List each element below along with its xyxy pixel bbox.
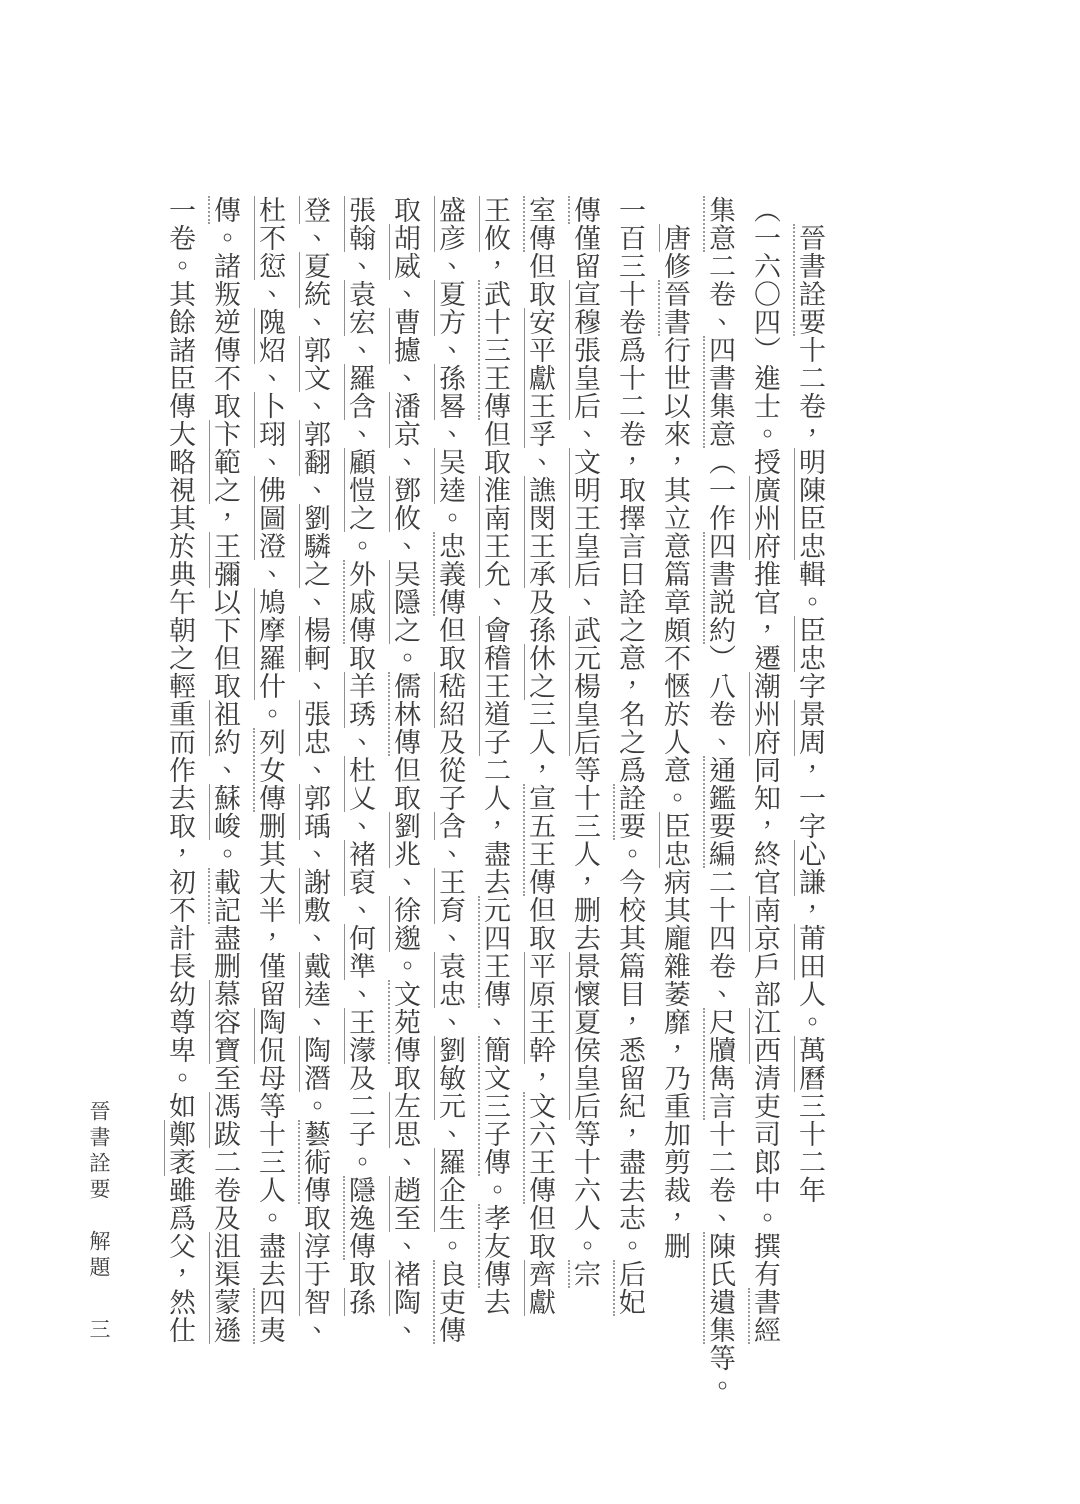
plain-text: 等。 <box>705 1344 735 1400</box>
proper-name-marked-text: 王攸 <box>479 196 510 252</box>
proper-name-marked-text: 江西 <box>749 1008 780 1064</box>
text-column: 盛彦、夏方、孫晷、吴逵。忠義傳但取嵇紹及從子含、王育、袁忠、劉敏元、羅企生。良吏… <box>427 196 472 1411</box>
plain-text: 、 <box>435 1120 465 1148</box>
proper-name-marked-text: 吴逵 <box>434 448 465 504</box>
proper-name-marked-text: 張翰 <box>344 196 375 252</box>
proper-name-marked-text: 謝敷 <box>299 868 330 924</box>
proper-name-marked-text: 文明王皇后 <box>569 448 600 588</box>
book-title-marked-text: 儒林傳 <box>388 672 420 756</box>
text-column: 杜不愆、隗炤、卜珝、佛圖澄、鳩摩羅什。列女傳删其大半，僅留陶侃母等十三人。盡去四… <box>247 196 292 1411</box>
book-title-marked-text: 四書集意 <box>703 336 735 448</box>
plain-text: 。 <box>480 1176 510 1204</box>
plain-text: 。 <box>210 840 240 868</box>
plain-text: 取 <box>390 196 420 224</box>
plain-text: 同知，終官 <box>750 756 780 896</box>
book-title-marked-text: 隱逸傳 <box>343 1176 375 1260</box>
plain-text: 一百三十卷爲十二卷，取擇言曰詮之意，名之爲 <box>615 196 645 784</box>
text-column: 集意二卷、四書集意（一作四書説約）八卷、通鑑要編二十四卷、尺牘雋言十二卷、陳氏遺… <box>697 196 742 1411</box>
plain-text: 、 <box>480 1008 510 1036</box>
plain-text: ， <box>525 1064 555 1092</box>
plain-text: 但取 <box>390 756 420 812</box>
plain-text: 、 <box>435 840 465 868</box>
plain-text: 、 <box>345 420 375 448</box>
plain-text: 人。 <box>795 980 825 1036</box>
book-title-marked-text: 通鑑要編 <box>703 756 735 868</box>
proper-name-marked-text: 陳臣忠 <box>794 476 825 560</box>
proper-name-marked-text: 王育 <box>434 868 465 924</box>
proper-name-marked-text: 潘京 <box>389 392 420 448</box>
book-title-marked-text: 傳 <box>208 196 240 224</box>
proper-name-marked-text: 盛彦 <box>434 196 465 252</box>
book-title-marked-text: 尺牘雋言 <box>703 1008 735 1120</box>
plain-text: 但取 <box>525 252 555 308</box>
text-column: 傳。諸叛逆傳不取卞範之，王彌以下但取祖約、蘇峻。載記盡删慕容寶至馮跋二卷及沮渠蒙… <box>202 196 247 1411</box>
proper-name-marked-text: 杜乂 <box>344 756 375 812</box>
plain-text: 、 <box>345 896 375 924</box>
proper-name-marked-text: 郭瑀 <box>299 784 330 840</box>
plain-text: 修 <box>660 252 690 280</box>
proper-name-marked-text: 鄧攸 <box>389 476 420 532</box>
plain-text: 三十二年 <box>795 1092 825 1204</box>
book-title-marked-text: 詮要 <box>613 784 645 840</box>
plain-text: 、 <box>255 364 285 392</box>
plain-text: 清吏司郎中。撰有 <box>750 1064 780 1288</box>
plain-text: ，一字 <box>795 756 825 840</box>
plain-text: 、 <box>300 224 330 252</box>
plain-text: 、 <box>300 672 330 700</box>
proper-name-marked-text: 王濛 <box>344 1008 375 1064</box>
proper-name-marked-text: 袁宏 <box>344 280 375 336</box>
book-title-marked-text: 晉書詮要 <box>793 224 825 336</box>
plain-text: 但取 <box>525 896 555 952</box>
proper-name-marked-text: 卜珝 <box>254 392 285 448</box>
text-block: 晉書詮要十二卷，明陳臣忠輯。臣忠字景周，一字心謙，莆田人。萬曆三十二年（一六〇四… <box>157 196 832 1411</box>
plain-text: 、 <box>300 840 330 868</box>
proper-name-marked-text: 鄭袤 <box>164 1120 195 1176</box>
proper-name-marked-text: 褚裒 <box>344 840 375 896</box>
proper-name-marked-text: 袁忠 <box>434 952 465 1008</box>
book-title-marked-text: 良吏傳 <box>433 1260 465 1344</box>
proper-name-marked-text: 孫 <box>344 1288 375 1316</box>
proper-name-marked-text: 羊琇 <box>344 672 375 728</box>
plain-text: 、 <box>300 756 330 784</box>
plain-text: 二卷及 <box>210 1148 240 1232</box>
proper-name-marked-text: 曹攄 <box>389 308 420 364</box>
proper-name-marked-text: 顧愷之 <box>344 448 375 532</box>
proper-name-marked-text: 潮州府 <box>749 672 780 756</box>
plain-text: 、 <box>435 420 465 448</box>
proper-name-marked-text: 徐邈 <box>389 896 420 952</box>
plain-text: 等十六人。 <box>570 1120 600 1260</box>
plain-text: 母等十三人。盡去 <box>255 1064 285 1288</box>
proper-name-marked-text: 登 <box>299 196 330 224</box>
text-column: 王攸，武十三王傳但取淮南王允、會稽王道子二人，盡去元四王傳、簡文三子傳。孝友傳去 <box>472 196 517 1411</box>
plain-text: 、 <box>255 280 285 308</box>
proper-name-marked-text: 唐 <box>659 224 690 252</box>
plain-text: 取 <box>390 1064 420 1092</box>
plain-text: 等十三人，删去 <box>570 756 600 952</box>
book-title-marked-text: 元四王傳 <box>478 896 510 1008</box>
plain-text: 、 <box>390 364 420 392</box>
proper-name-marked-text: 隗炤 <box>254 308 285 364</box>
plain-text: 去 <box>480 1288 510 1316</box>
plain-text: 、 <box>435 924 465 952</box>
proper-name-marked-text: 萬曆 <box>794 1036 825 1092</box>
proper-name-marked-text: 宣穆張皇后 <box>569 280 600 420</box>
proper-name-marked-text: 劉驎之 <box>299 504 330 588</box>
plain-text: 删其大半，僅留 <box>255 812 285 1008</box>
proper-name-marked-text: 心謙 <box>794 840 825 896</box>
plain-text: 。諸叛逆傳不取 <box>210 224 240 420</box>
book-title-marked-text: 陳氏遺集 <box>703 1232 735 1344</box>
plain-text: ）八卷、 <box>705 644 735 756</box>
book-title-marked-text: 四書説約 <box>703 532 735 644</box>
plain-text: 。 <box>390 644 420 672</box>
plain-text: 取 <box>345 644 375 672</box>
proper-name-marked-text: 郭翻 <box>299 420 330 476</box>
plain-text: 至 <box>210 1064 240 1092</box>
proper-name-marked-text: 莆田 <box>794 924 825 980</box>
proper-name-marked-text: 武元楊皇后 <box>569 616 600 756</box>
plain-text: 、 <box>345 728 375 756</box>
plain-text: 字 <box>795 672 825 700</box>
proper-name-marked-text: 明 <box>794 448 825 476</box>
page-number: 三 <box>84 1318 114 1339</box>
proper-name-marked-text: 廣州府 <box>749 476 780 560</box>
proper-name-marked-text: 沮渠蒙遜 <box>209 1232 240 1344</box>
plain-text: 户部 <box>750 952 780 1008</box>
plain-text: 、 <box>435 252 465 280</box>
proper-name-marked-text: 王彌 <box>209 532 240 588</box>
proper-name-marked-text: 鳩摩羅什 <box>254 588 285 700</box>
plain-text: 、 <box>345 812 375 840</box>
plain-text: 、 <box>390 1148 420 1176</box>
plain-text: 取 <box>300 1204 330 1232</box>
book-title-marked-text: 集意 <box>703 196 735 252</box>
plain-text: 、 <box>300 308 330 336</box>
book-title-marked-text: 武十三王傳 <box>478 280 510 420</box>
text-column: 室傳但取安平獻王孚、譙閔王承及孫休之三人，宣五王傳但取平原王幹，文六王傳但取齊獻 <box>517 196 562 1411</box>
plain-text: 但取 <box>435 616 465 672</box>
text-column: 登、夏統、郭文、郭翻、劉驎之、楊軻、張忠、郭瑀、謝敷、戴逵、陶潛。藝術傳取淳于智… <box>292 196 337 1411</box>
proper-name-marked-text: 楊軻 <box>299 616 330 672</box>
proper-name-marked-text: 含 <box>434 812 465 840</box>
proper-name-marked-text: 吴隱之 <box>389 560 420 644</box>
plain-text: 。 <box>300 1092 330 1120</box>
book-title-marked-text: 傳 <box>568 196 600 224</box>
book-title-marked-text: 忠義傳 <box>433 532 465 616</box>
plain-text: 、 <box>390 448 420 476</box>
proper-name-marked-text: 何準 <box>344 924 375 980</box>
book-title-marked-text: 藝術傳 <box>298 1120 330 1204</box>
proper-name-marked-text: 蘇峻 <box>209 784 240 840</box>
proper-name-marked-text: 南京 <box>749 896 780 952</box>
plain-text: 。今校其篇目，悉留紀，盡去志。 <box>615 840 645 1260</box>
proper-name-marked-text: 休之 <box>524 644 555 700</box>
plain-text: 及孫 <box>525 588 555 644</box>
text-column: 一百三十卷爲十二卷，取擇言曰詮之意，名之爲詮要。今校其篇目，悉留紀，盡去志。后妃 <box>607 196 652 1411</box>
proper-name-marked-text: 慕容寶 <box>209 980 240 1064</box>
book-title-marked-text: 室傳 <box>523 196 555 252</box>
plain-text: 。 <box>435 504 465 532</box>
book-title-marked-text: 簡文三子傳 <box>478 1036 510 1176</box>
plain-text: 、 <box>345 252 375 280</box>
plain-text: 、 <box>435 1008 465 1036</box>
proper-name-marked-text: 臣忠 <box>659 812 690 868</box>
proper-name-marked-text: 安平獻王孚 <box>524 308 555 448</box>
plain-text: 、 <box>345 336 375 364</box>
plain-text: 、 <box>300 924 330 952</box>
plain-text: 二人，盡去 <box>480 756 510 896</box>
plain-text: 盡删 <box>210 924 240 980</box>
plain-text: 但取 <box>480 420 510 476</box>
book-title-marked-text: 后妃 <box>613 1260 645 1316</box>
plain-text: 以下但取 <box>210 588 240 700</box>
text-column: 傳僅留宣穆張皇后、文明王皇后、武元楊皇后等十三人，删去景懷夏侯皇后等十六人。宗 <box>562 196 607 1411</box>
proper-name-marked-text: 臣忠 <box>794 616 825 672</box>
book-page: 晉書詮要十二卷，明陳臣忠輯。臣忠字景周，一字心謙，莆田人。萬曆三十二年（一六〇四… <box>0 0 1080 1504</box>
plain-text: 、 <box>480 588 510 616</box>
plain-text: 三人， <box>525 700 555 784</box>
plain-text: 。 <box>435 1232 465 1260</box>
plain-text: ， <box>210 504 240 532</box>
plain-text: 、 <box>390 1232 420 1260</box>
proper-name-marked-text: 郭文 <box>299 336 330 392</box>
proper-name-marked-text: 劉敏元 <box>434 1036 465 1120</box>
plain-text: 、 <box>210 756 240 784</box>
plain-text: 、 <box>570 420 600 448</box>
plain-text: 行世以來，其立意篇章頗不愜於人意。 <box>660 336 690 812</box>
plain-text: 。 <box>390 952 420 980</box>
proper-name-marked-text: 戴逵 <box>299 952 330 1008</box>
plain-text: 一卷。其餘諸臣傳大略視其於典午朝之輕重而作去取，初不計長幼尊卑。如 <box>165 196 195 1120</box>
plain-text: 但取 <box>525 1204 555 1260</box>
proper-name-marked-text: 羅企生 <box>434 1148 465 1232</box>
text-column: 一卷。其餘諸臣傳大略視其於典午朝之輕重而作去取，初不計長幼尊卑。如鄭袤雖爲父，然… <box>157 196 202 1411</box>
footer-running-title: 晉書詮要 解題 <box>84 1100 114 1282</box>
plain-text: 輯。 <box>795 560 825 616</box>
plain-text: 二十四卷、 <box>705 868 735 1008</box>
plain-text: 病其龐雜萎靡，乃重加剪裁，删 <box>660 868 690 1260</box>
text-column: 唐修晉書行世以來，其立意篇章頗不愜於人意。臣忠病其龐雜萎靡，乃重加剪裁，删 <box>652 196 697 1411</box>
plain-text: 、 <box>300 1316 330 1344</box>
plain-text: 雖爲父，然仕 <box>165 1176 195 1344</box>
plain-text: 、 <box>525 448 555 476</box>
plain-text: 及從子 <box>435 728 465 812</box>
plain-text: 、 <box>255 560 285 588</box>
plain-text: ， <box>480 252 510 280</box>
book-title-marked-text: 宣五王傳 <box>523 784 555 896</box>
plain-text: 、 <box>390 280 420 308</box>
proper-name-marked-text: 左思 <box>389 1092 420 1148</box>
text-column: 張翰、袁宏、羅含、顧愷之。外戚傳取羊琇、杜乂、褚裒、何準、王濛及二子。隱逸傳取孫 <box>337 196 382 1411</box>
plain-text: 取 <box>345 1260 375 1288</box>
book-title-marked-text: 晉書 <box>658 280 690 336</box>
proper-name-marked-text: 淳于智 <box>299 1232 330 1316</box>
plain-text: 、 <box>300 392 330 420</box>
proper-name-marked-text: 齊獻 <box>524 1260 555 1316</box>
plain-text: （一作 <box>705 448 735 532</box>
plain-text: 、 <box>300 476 330 504</box>
plain-text: 十二卷， <box>795 336 825 448</box>
proper-name-marked-text: 杜不愆 <box>254 196 285 280</box>
plain-text: 。 <box>255 700 285 728</box>
plain-text: 、 <box>390 1316 420 1344</box>
proper-name-marked-text: 孫晷 <box>434 364 465 420</box>
plain-text: 、 <box>390 868 420 896</box>
proper-name-marked-text: 陶潛 <box>299 1036 330 1092</box>
proper-name-marked-text: 馮跋 <box>209 1092 240 1148</box>
proper-name-marked-text: 張忠 <box>299 700 330 756</box>
proper-name-marked-text: 卞範之 <box>209 420 240 504</box>
plain-text: 、 <box>570 588 600 616</box>
proper-name-marked-text: 嵇紹 <box>434 672 465 728</box>
plain-text: 。 <box>345 532 375 560</box>
text-column: 取胡威、曹攄、潘京、鄧攸、吴隱之。儒林傳但取劉兆、徐邈。文苑傳取左思、趙至、褚陶… <box>382 196 427 1411</box>
proper-name-marked-text: 會稽王道子 <box>479 616 510 756</box>
book-title-marked-text: 宗 <box>568 1260 600 1288</box>
plain-text: 及二子。 <box>345 1064 375 1176</box>
proper-name-marked-text: 劉兆 <box>389 812 420 868</box>
plain-text: 、 <box>435 336 465 364</box>
proper-name-marked-text: 夏統 <box>299 252 330 308</box>
plain-text: 二卷、 <box>705 252 735 336</box>
proper-name-marked-text: 夏方 <box>434 280 465 336</box>
book-title-marked-text: 四夷 <box>253 1288 285 1344</box>
plain-text: 、 <box>390 532 420 560</box>
plain-text: 、 <box>300 1008 330 1036</box>
proper-name-marked-text: 陶侃 <box>254 1008 285 1064</box>
proper-name-marked-text: 祖約 <box>209 700 240 756</box>
text-column: （一六〇四）進士。授廣州府推官，遷潮州府同知，終官南京户部江西清吏司郎中。撰有書… <box>742 196 787 1411</box>
proper-name-marked-text: 褚陶 <box>389 1260 420 1316</box>
proper-name-marked-text: 平原王幹 <box>524 952 555 1064</box>
book-title-marked-text: 書經 <box>748 1288 780 1344</box>
proper-name-marked-text: 景周 <box>794 700 825 756</box>
plain-text: 、 <box>345 980 375 1008</box>
book-title-marked-text: 列女傳 <box>253 728 285 812</box>
proper-name-marked-text: 趙至 <box>389 1176 420 1232</box>
plain-text: 僅留 <box>570 224 600 280</box>
plain-text: ， <box>795 896 825 924</box>
proper-name-marked-text: 譙閔王承 <box>524 476 555 588</box>
book-title-marked-text: 文苑傳 <box>388 980 420 1064</box>
book-title-marked-text: 載記 <box>208 868 240 924</box>
plain-text: 推官，遷 <box>750 560 780 672</box>
plain-text: 十二卷、 <box>705 1120 735 1232</box>
book-title-marked-text: 孝友傳 <box>478 1204 510 1288</box>
proper-name-marked-text: 佛圖澄 <box>254 476 285 560</box>
book-title-marked-text: 外戚傳 <box>343 560 375 644</box>
text-column: 晉書詮要十二卷，明陳臣忠輯。臣忠字景周，一字心謙，莆田人。萬曆三十二年 <box>787 196 832 1411</box>
plain-text: 、 <box>300 588 330 616</box>
book-title-marked-text: 文六王傳 <box>523 1092 555 1204</box>
proper-name-marked-text: 景懷夏侯皇后 <box>569 952 600 1120</box>
proper-name-marked-text: 羅含 <box>344 364 375 420</box>
proper-name-marked-text: 淮南王允 <box>479 476 510 588</box>
plain-text: 、 <box>255 448 285 476</box>
proper-name-marked-text: 胡威 <box>389 224 420 280</box>
plain-text: （一六〇四）進士。授 <box>750 196 780 476</box>
